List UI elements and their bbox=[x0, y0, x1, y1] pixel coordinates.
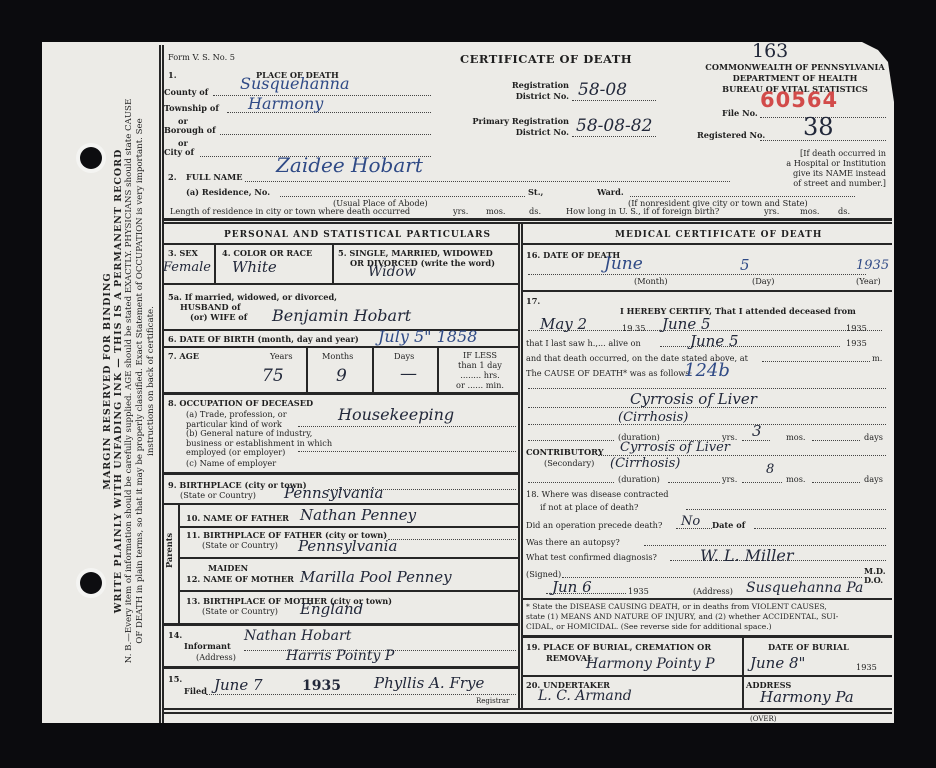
death-year-value: 1935 bbox=[856, 258, 889, 273]
margin-line: N. B.—Every item of information should b… bbox=[124, 45, 135, 717]
medical-section-heading: MEDICAL CERTIFICATE OF DEATH bbox=[615, 230, 822, 240]
test-label: What test confirmed diagnosis? bbox=[526, 552, 657, 562]
label-line: D.O. bbox=[864, 576, 886, 585]
divider bbox=[162, 222, 892, 224]
label-line: 5a. If married, widowed, or divorced, bbox=[168, 292, 337, 302]
undertaker-value: L. C. Armand bbox=[538, 688, 632, 704]
death-day-value: 5 bbox=[740, 256, 750, 274]
document-title: CERTIFICATE OF DEATH bbox=[460, 52, 632, 66]
divider bbox=[522, 290, 892, 292]
item-number: 17. bbox=[526, 296, 540, 306]
item-number: 14. bbox=[168, 630, 182, 640]
year-label: (Year) bbox=[856, 276, 881, 286]
certify-text: I HEREBY CERTIFY, That I attended deceas… bbox=[620, 306, 856, 316]
dotted-line bbox=[562, 577, 862, 578]
cell-divider bbox=[306, 346, 308, 392]
attended-to-value: June 5 bbox=[662, 315, 711, 333]
informant-label: Informant bbox=[184, 641, 231, 651]
item-number: 2. bbox=[168, 172, 177, 182]
days-unit-label: days bbox=[864, 474, 883, 484]
occupation-value: Housekeeping bbox=[338, 405, 454, 424]
unit-label: ds. bbox=[838, 206, 850, 216]
father-name-label: 10. NAME OF FATHER bbox=[186, 513, 289, 523]
dotted-line bbox=[528, 274, 866, 275]
note-line: a Hospital or Institution bbox=[774, 158, 886, 168]
cause-code-value: 124b bbox=[684, 360, 730, 381]
cell-divider bbox=[742, 636, 744, 710]
dotted-line bbox=[298, 426, 516, 427]
form-number: Form V. S. No. 5 bbox=[168, 52, 235, 62]
occupation-label: 8. OCCUPATION OF DECEASED bbox=[168, 398, 313, 408]
street-label: St., bbox=[528, 187, 543, 197]
authority-line: DEPARTMENT OF HEALTH bbox=[697, 73, 893, 84]
attended-from-value: May 2 bbox=[540, 315, 587, 333]
footnote-line: * State the DISEASE CAUSING DEATH, or in… bbox=[526, 602, 838, 612]
burial-date-value: June 8" bbox=[750, 654, 805, 672]
birthplace-value: Pennsylvania bbox=[284, 484, 383, 502]
father-name-value: Nathan Penney bbox=[300, 506, 416, 524]
primary-registration-value: 58-08-82 bbox=[576, 116, 652, 136]
divider bbox=[162, 346, 518, 348]
occupation-c-label: (c) Name of employer bbox=[186, 458, 276, 468]
unit-label: yrs. bbox=[764, 206, 779, 216]
occupation-b-label: (b) General nature of industry, business… bbox=[186, 429, 332, 458]
unit-label: mos. bbox=[486, 206, 506, 216]
label-line: IF LESS bbox=[442, 350, 518, 360]
margin-line: MARGIN RESERVED FOR BINDING bbox=[102, 45, 113, 717]
father-birthplace-value: Pennsylvania bbox=[298, 537, 397, 555]
divider bbox=[162, 503, 518, 505]
contributory-duration-months: 8 bbox=[766, 462, 774, 477]
dotted-line bbox=[280, 196, 525, 197]
dotted-line bbox=[298, 451, 516, 452]
borough-label: Borough of bbox=[164, 125, 216, 135]
dotted-line bbox=[528, 388, 886, 389]
county-label: County of bbox=[164, 87, 208, 97]
registered-number: 38 bbox=[803, 113, 834, 141]
cause-of-death-sub-value: (Cirrhosis) bbox=[618, 410, 688, 425]
days-unit-label: days bbox=[864, 432, 883, 442]
personal-section-heading: PERSONAL AND STATISTICAL PARTICULARS bbox=[224, 230, 491, 240]
footnote-line: state (1) MEANS AND NATURE OF INJURY, an… bbox=[526, 612, 838, 622]
note-line: [If death occurred in bbox=[774, 148, 886, 158]
dotted-line bbox=[742, 440, 770, 441]
handwritten-page-number: 163 bbox=[752, 40, 788, 62]
mother-name-label: MAIDEN 12. NAME OF MOTHER bbox=[186, 563, 294, 585]
footnote-line: CIDAL, or HOMICIDAL. (See reverse side f… bbox=[526, 622, 838, 632]
occupation-a-label: (a) Trade, profession, or particular kin… bbox=[186, 410, 287, 429]
date-of-birth-value: July 5" 1858 bbox=[378, 327, 477, 346]
mos-label: mos. bbox=[786, 432, 806, 442]
city-label: City of bbox=[164, 147, 194, 157]
label-line: 19. PLACE OF BURIAL, CREMATION OR bbox=[526, 642, 711, 653]
dotted-line bbox=[754, 528, 886, 529]
margin-line: instructions on back of certificate. bbox=[146, 45, 157, 717]
divider bbox=[522, 675, 892, 677]
authority-line: COMMONWEALTH OF PENNSYLVANIA bbox=[697, 62, 893, 73]
label-line: Primary Registration bbox=[462, 116, 569, 127]
cell-divider bbox=[332, 243, 334, 283]
unit-label: yrs. bbox=[453, 206, 468, 216]
divider bbox=[522, 598, 892, 600]
divider bbox=[162, 623, 518, 626]
dotted-line bbox=[742, 482, 782, 483]
marital-status-value: Widow bbox=[368, 264, 416, 280]
dotted-line bbox=[388, 539, 516, 540]
dotted-line bbox=[528, 424, 886, 425]
physician-signature: W. L. Miller bbox=[700, 546, 793, 565]
dotted-line bbox=[206, 694, 516, 695]
dotted-line bbox=[528, 440, 614, 441]
full-name-value: Zaidee Hobart bbox=[276, 153, 423, 177]
margin-line: WRITE PLAINLY WITH UNFADING INK — THIS I… bbox=[113, 45, 124, 717]
label-line: than 1 day bbox=[442, 360, 518, 370]
dotted-line bbox=[660, 346, 840, 347]
dotted-line bbox=[220, 134, 431, 135]
race-label: 4. COLOR OR RACE bbox=[222, 248, 312, 258]
less-than-day-label: IF LESS than 1 day ........ hrs. or ....… bbox=[442, 350, 518, 390]
sex-label: 3. SEX bbox=[168, 248, 198, 258]
md-do-label: M.D. D.O. bbox=[864, 567, 886, 585]
township-value: Harmony bbox=[248, 94, 323, 113]
physician-address-value: Susquehanna Pa bbox=[746, 580, 863, 596]
filed-year-value: 1935 bbox=[302, 678, 341, 694]
filed-date-value: June 7 bbox=[214, 676, 263, 694]
label-line: Registration bbox=[505, 80, 569, 91]
divider bbox=[162, 708, 892, 710]
autopsy-label: Was there an autopsy? bbox=[526, 537, 620, 547]
age-months-value: 9 bbox=[336, 366, 347, 386]
q18-label: 18. Where was disease contracted if not … bbox=[526, 488, 669, 514]
cell-divider bbox=[214, 243, 216, 283]
burial-year-value: 1935 bbox=[856, 662, 877, 672]
contributory-value: Cyrrosis of Liver bbox=[620, 440, 730, 455]
secondary-label: (Secondary) bbox=[544, 458, 594, 468]
divider bbox=[162, 666, 518, 669]
over-label: (OVER) bbox=[750, 715, 777, 723]
filed-label: Filed bbox=[184, 686, 207, 696]
last-saw-value: June 5 bbox=[690, 332, 739, 350]
divider bbox=[162, 283, 518, 285]
last-saw-label: that I last saw h.,... alive on bbox=[526, 338, 641, 348]
months-label: Months bbox=[322, 351, 353, 361]
age-days-value: — bbox=[400, 364, 417, 384]
label-line: 5. SINGLE, MARRIED, WIDOWED bbox=[338, 248, 495, 258]
contributory-sub-value: (Cirrhosis) bbox=[610, 456, 680, 471]
month-label: (Month) bbox=[634, 276, 668, 286]
years-label: Years bbox=[270, 351, 293, 361]
signed-year-value: 1935 bbox=[628, 586, 649, 596]
mother-name-value: Marilla Pool Penney bbox=[300, 568, 452, 586]
margin-notes: MARGIN RESERVED FOR BINDING WRITE PLAINL… bbox=[102, 45, 162, 717]
last-saw-year: 1935 bbox=[846, 338, 867, 348]
binder-hole bbox=[80, 572, 102, 594]
yrs-label: yrs. bbox=[722, 474, 737, 484]
county-value: Susquehanna bbox=[240, 74, 349, 93]
address-label: (Address) bbox=[693, 586, 733, 596]
footnote: * State the DISEASE CAUSING DEATH, or in… bbox=[526, 602, 838, 632]
label-line: 12. NAME OF MOTHER bbox=[186, 574, 294, 585]
divider bbox=[522, 635, 892, 638]
cause-of-death-label: The CAUSE OF DEATH* was as follows: bbox=[526, 368, 692, 378]
age-label: 7. AGE bbox=[168, 351, 199, 361]
label-line: District No. bbox=[505, 91, 569, 102]
dotted-line bbox=[245, 181, 730, 182]
death-month-value: June bbox=[604, 254, 643, 274]
label-line: if not at place of death? bbox=[526, 501, 669, 514]
parents-label: Parents bbox=[164, 533, 174, 568]
marital-label: 5. SINGLE, MARRIED, WIDOWED OR DIVORCED … bbox=[338, 248, 495, 268]
dotted-line bbox=[528, 482, 614, 483]
burial-place-value: Harmony Pointy P bbox=[586, 656, 715, 672]
unit-label: ds. bbox=[529, 206, 541, 216]
dotted-line bbox=[668, 482, 720, 483]
length-of-residence-label: Length of residence in city or town wher… bbox=[170, 206, 410, 216]
death-time-suffix: m. bbox=[872, 353, 882, 363]
registration-district-label: Registration District No. bbox=[505, 80, 569, 102]
dotted-line bbox=[572, 136, 656, 137]
label-line: or ...... min. bbox=[442, 380, 518, 390]
dotted-line bbox=[686, 509, 886, 510]
hospital-note: [If death occurred in a Hospital or Inst… bbox=[774, 148, 886, 188]
label-line: 18. Where was disease contracted bbox=[526, 488, 669, 501]
dotted-line bbox=[812, 482, 860, 483]
attended-to-year: 1935 bbox=[846, 323, 867, 333]
operation-label: Did an operation precede death? bbox=[526, 520, 662, 530]
race-value: White bbox=[232, 258, 277, 276]
undertaker-address-value: Harmony Pa bbox=[760, 688, 854, 706]
informant-address-label: (Address) bbox=[196, 652, 236, 662]
label-line: MAIDEN bbox=[186, 563, 294, 574]
label-line: District No. bbox=[462, 127, 569, 138]
file-number-stamp: 60564 bbox=[760, 88, 838, 112]
foreign-birth-label: How long in U. S., if of foreign birth? bbox=[566, 206, 719, 216]
date-of-birth-label: 6. DATE OF BIRTH (month, day and year) bbox=[168, 334, 359, 344]
attended-from-year: 19 35 bbox=[622, 323, 645, 333]
duration-label: (duration) bbox=[618, 474, 660, 484]
spouse-value: Benjamin Hobart bbox=[272, 306, 411, 325]
registrar-label: Registrar bbox=[476, 697, 509, 705]
frame-line bbox=[159, 45, 161, 723]
dotted-line bbox=[630, 196, 855, 197]
cell-divider bbox=[372, 346, 374, 392]
registrar-signature: Phyllis A. Frye bbox=[374, 674, 484, 692]
note-line: of street and number.] bbox=[774, 178, 886, 188]
unit-label: mos. bbox=[800, 206, 820, 216]
contributory-label: CONTRIBUTORY bbox=[526, 447, 604, 457]
cause-of-death-value: Cyrrosis of Liver bbox=[630, 390, 757, 408]
item-number: 15. bbox=[168, 674, 182, 684]
age-years-value: 75 bbox=[262, 366, 284, 386]
residence-label: (a) Residence, No. bbox=[186, 187, 270, 197]
dotted-line bbox=[812, 440, 860, 441]
burial-date-label: DATE OF BURIAL bbox=[768, 642, 849, 652]
divider bbox=[178, 526, 518, 528]
day-label: (Day) bbox=[752, 276, 774, 286]
divider bbox=[522, 243, 892, 245]
column-divider bbox=[518, 223, 520, 710]
dotted-line bbox=[572, 100, 656, 101]
informant-value: Nathan Hobart bbox=[244, 628, 351, 644]
cause-duration-months: 3 bbox=[752, 422, 762, 440]
file-no-label: File No. bbox=[722, 108, 758, 118]
divider bbox=[162, 712, 892, 714]
informant-address-value: Harris Pointy P bbox=[286, 648, 394, 664]
note-line: give its NAME instead bbox=[774, 168, 886, 178]
mos-label: mos. bbox=[786, 474, 806, 484]
township-label: Township of bbox=[164, 103, 219, 113]
registration-district-value: 58-08 bbox=[578, 80, 627, 100]
sex-value: Female bbox=[163, 260, 211, 275]
binder-hole bbox=[80, 147, 102, 169]
operation-value: No bbox=[681, 514, 700, 529]
date-of-label: Date of bbox=[712, 520, 745, 530]
days-label: Days bbox=[394, 351, 414, 361]
divider bbox=[162, 472, 518, 475]
label-line: ........ hrs. bbox=[442, 370, 518, 380]
item-number: 1. bbox=[168, 70, 177, 80]
divider bbox=[178, 557, 518, 559]
label-line: OR DIVORCED (write the word) bbox=[338, 258, 495, 268]
dotted-line bbox=[762, 361, 870, 362]
label-line: employed (or employer) bbox=[186, 448, 332, 458]
registered-no-label: Registered No. bbox=[697, 130, 765, 140]
full-name-label: FULL NAME bbox=[186, 172, 242, 182]
mother-birthplace-value: England bbox=[300, 600, 363, 618]
cell-divider bbox=[437, 346, 439, 392]
parents-divider bbox=[178, 503, 180, 623]
ward-label: Ward. bbox=[597, 187, 624, 197]
divider bbox=[162, 218, 892, 221]
primary-registration-label: Primary Registration District No. bbox=[462, 116, 569, 138]
margin-line: OF DEATH in plain terms, so that it may … bbox=[135, 45, 146, 717]
divider bbox=[162, 392, 518, 395]
divider bbox=[178, 590, 518, 592]
signed-date-value: Jun 6 bbox=[552, 578, 592, 596]
